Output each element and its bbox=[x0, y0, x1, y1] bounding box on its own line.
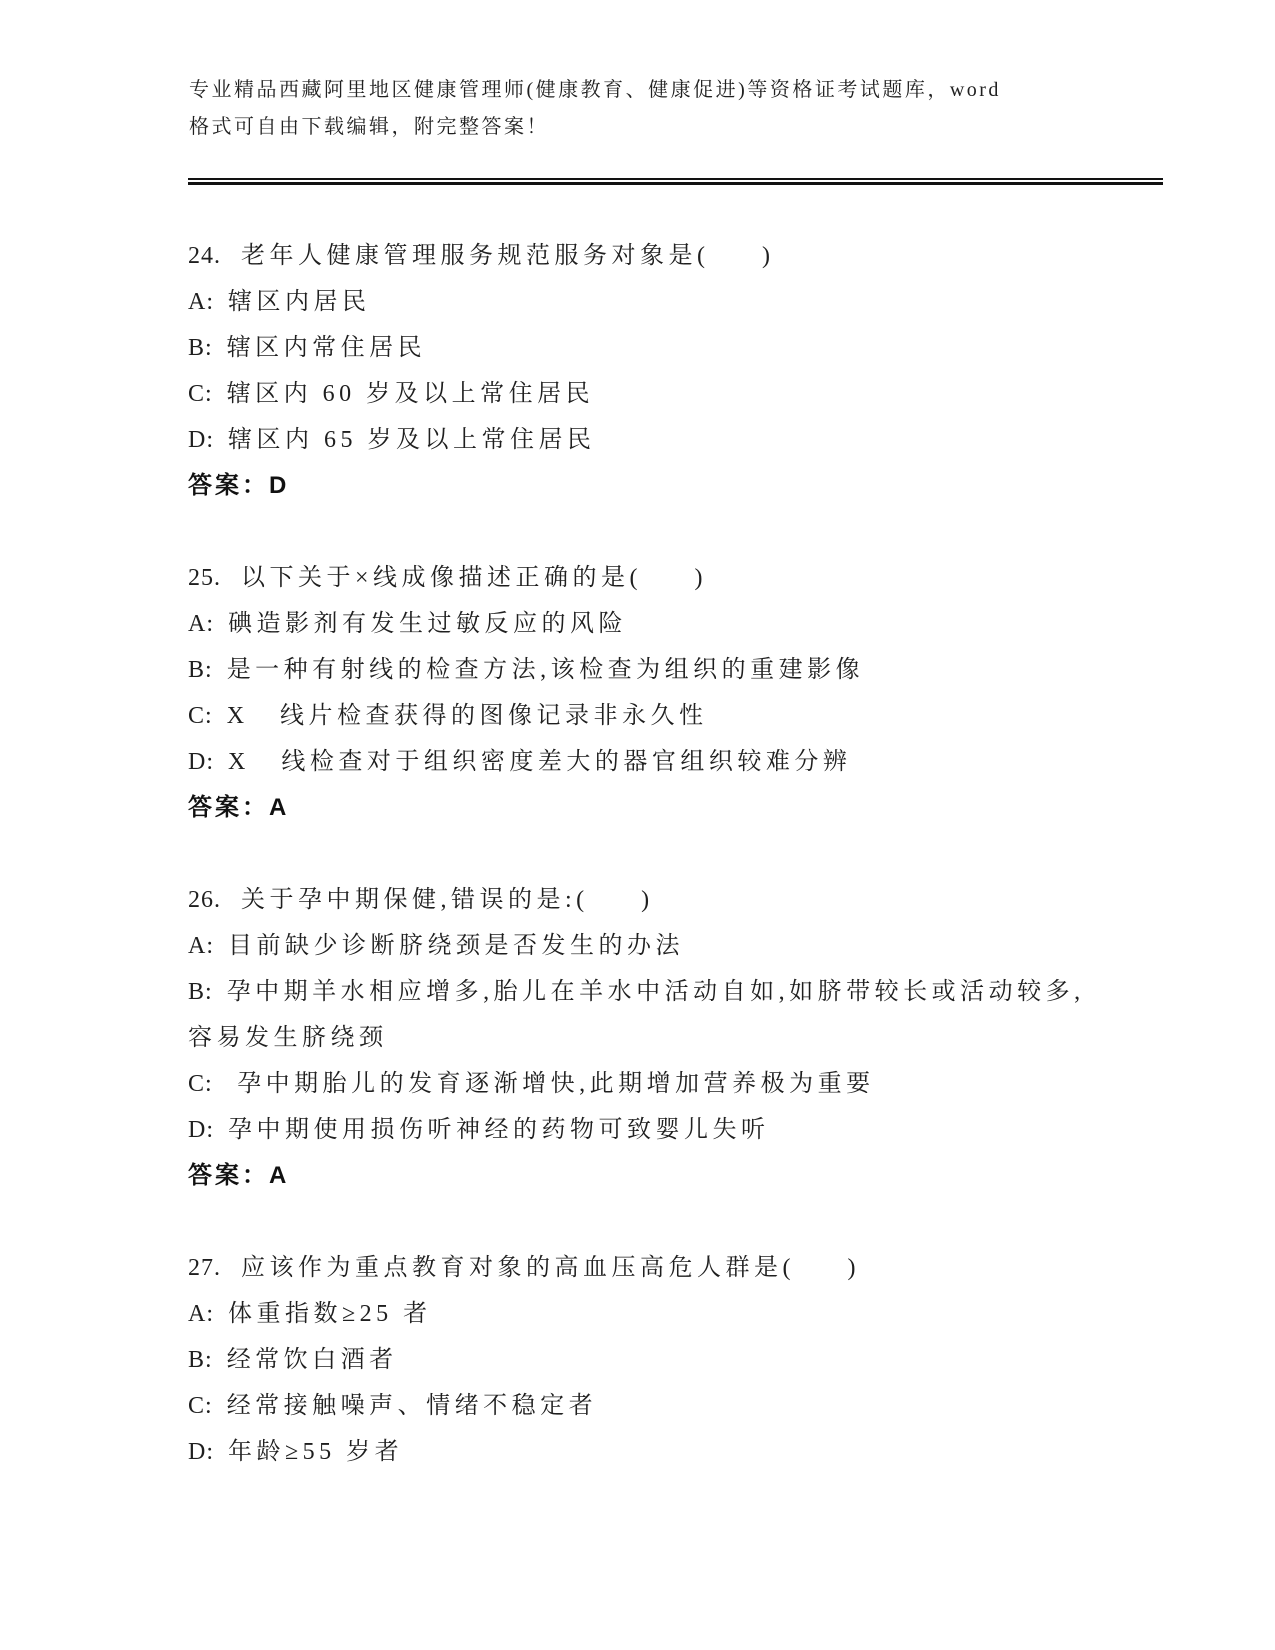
option-line-d: D:年龄≥55 岁者 bbox=[188, 1429, 1090, 1475]
option-label: B: bbox=[188, 969, 213, 1015]
option-label: D: bbox=[188, 739, 214, 785]
answer-label: 答案： bbox=[188, 1162, 269, 1189]
option-label: A: bbox=[188, 923, 214, 969]
question-number: 27. bbox=[188, 1245, 221, 1291]
option-label: D: bbox=[188, 1107, 214, 1153]
option-line-c: C: 孕中期胎儿的发育逐渐增快,此期增加营养极为重要 bbox=[188, 1061, 1090, 1107]
option-label: D: bbox=[188, 1429, 214, 1475]
divider-thin-line bbox=[188, 178, 1163, 180]
option-label: C: bbox=[188, 693, 213, 739]
option-line-b: B:辖区内常住居民 bbox=[188, 325, 1090, 371]
answer-line: 答案：A bbox=[188, 785, 1090, 831]
page-header: 专业精品西藏阿里地区健康管理师(健康教育、健康促进)等资格证考试题库，word … bbox=[189, 72, 1099, 146]
question-stem: 26.关于孕中期保健,错误的是:( ) bbox=[188, 877, 1090, 923]
option-line-c: C:辖区内 60 岁及以上常住居民 bbox=[188, 371, 1090, 417]
option-line-d: D:孕中期使用损伤听神经的药物可致婴儿失听 bbox=[188, 1107, 1090, 1153]
question-block-26: 26.关于孕中期保健,错误的是:( ) A:目前缺少诊断脐绕颈是否发生的办法 B… bbox=[188, 877, 1090, 1199]
option-label: A: bbox=[188, 279, 214, 325]
option-line-c: C:X 线片检查获得的图像记录非永久性 bbox=[188, 693, 1090, 739]
option-text: 体重指数≥25 者 bbox=[228, 1301, 432, 1327]
answer-value: A bbox=[269, 794, 289, 821]
option-text: 孕中期胎儿的发育逐渐增快,此期增加营养极为重要 bbox=[227, 1071, 875, 1097]
header-divider bbox=[188, 178, 1163, 185]
question-number: 24. bbox=[188, 233, 221, 279]
header-line-2: 格式可自由下载编辑，附完整答案！ bbox=[189, 109, 1099, 146]
option-text: 辖区内居民 bbox=[228, 289, 371, 315]
option-text: 年龄≥55 岁者 bbox=[228, 1439, 403, 1465]
option-text: 是一种有射线的检查方法,该检查为组织的重建影像 bbox=[227, 657, 865, 683]
option-text: 辖区内 60 岁及以上常住居民 bbox=[227, 381, 595, 407]
option-line-d: D:X 线检查对于组织密度差大的器官组织较难分辨 bbox=[188, 739, 1090, 785]
question-block-25: 25.以下关于×线成像描述正确的是( ) A:碘造影剂有发生过敏反应的风险 B:… bbox=[188, 555, 1090, 831]
question-stem: 25.以下关于×线成像描述正确的是( ) bbox=[188, 555, 1090, 601]
option-label: B: bbox=[188, 325, 213, 371]
option-line-a: A:辖区内居民 bbox=[188, 279, 1090, 325]
answer-line: 答案：D bbox=[188, 463, 1090, 509]
option-line-c: C:经常接触噪声、情绪不稳定者 bbox=[188, 1383, 1090, 1429]
answer-line: 答案：A bbox=[188, 1153, 1090, 1199]
option-label: A: bbox=[188, 1291, 214, 1337]
option-label: B: bbox=[188, 647, 213, 693]
option-label: C: bbox=[188, 1061, 213, 1107]
option-label: B: bbox=[188, 1337, 213, 1383]
header-line-1: 专业精品西藏阿里地区健康管理师(健康教育、健康促进)等资格证考试题库，word bbox=[189, 72, 1099, 109]
question-stem: 24.老年人健康管理服务规范服务对象是( ) bbox=[188, 233, 1090, 279]
option-text: 辖区内 65 岁及以上常住居民 bbox=[228, 427, 596, 453]
question-stem: 27.应该作为重点教育对象的高血压高危人群是( ) bbox=[188, 1245, 1090, 1291]
answer-label: 答案： bbox=[188, 794, 269, 821]
option-line-b: B:是一种有射线的检查方法,该检查为组织的重建影像 bbox=[188, 647, 1090, 693]
option-line-b: B:经常饮白酒者 bbox=[188, 1337, 1090, 1383]
question-block-27: 27.应该作为重点教育对象的高血压高危人群是( ) A:体重指数≥25 者 B:… bbox=[188, 1245, 1090, 1475]
option-line-a: A:体重指数≥25 者 bbox=[188, 1291, 1090, 1337]
option-line-a: A:碘造影剂有发生过敏反应的风险 bbox=[188, 601, 1090, 647]
questions-area: 24.老年人健康管理服务规范服务对象是( ) A:辖区内居民 B:辖区内常住居民… bbox=[188, 233, 1090, 1521]
answer-label: 答案： bbox=[188, 472, 269, 499]
option-text: 目前缺少诊断脐绕颈是否发生的办法 bbox=[228, 933, 684, 959]
option-text: 孕中期羊水相应增多,胎儿在羊水中活动自如,如脐带较长或活动较多,容易发生脐绕颈 bbox=[188, 979, 1085, 1051]
option-label: C: bbox=[188, 371, 213, 417]
question-number: 25. bbox=[188, 555, 221, 601]
option-text: X 线片检查获得的图像记录非永久性 bbox=[227, 703, 708, 729]
option-line-b: B:孕中期羊水相应增多,胎儿在羊水中活动自如,如脐带较长或活动较多,容易发生脐绕… bbox=[188, 969, 1090, 1061]
option-text: 经常接触噪声、情绪不稳定者 bbox=[227, 1393, 598, 1419]
option-line-a: A:目前缺少诊断脐绕颈是否发生的办法 bbox=[188, 923, 1090, 969]
option-text: 孕中期使用损伤听神经的药物可致婴儿失听 bbox=[228, 1117, 770, 1143]
question-number: 26. bbox=[188, 877, 221, 923]
option-text: X 线检查对于组织密度差大的器官组织较难分辨 bbox=[228, 749, 851, 775]
option-label: A: bbox=[188, 601, 214, 647]
answer-value: A bbox=[269, 1162, 289, 1189]
option-line-d: D:辖区内 65 岁及以上常住居民 bbox=[188, 417, 1090, 463]
option-label: D: bbox=[188, 417, 214, 463]
option-text: 经常饮白酒者 bbox=[227, 1347, 398, 1373]
option-label: C: bbox=[188, 1383, 213, 1429]
answer-value: D bbox=[269, 472, 289, 499]
question-block-24: 24.老年人健康管理服务规范服务对象是( ) A:辖区内居民 B:辖区内常住居民… bbox=[188, 233, 1090, 509]
option-text: 辖区内常住居民 bbox=[227, 335, 427, 361]
divider-thick-line bbox=[188, 182, 1163, 185]
document-page: 专业精品西藏阿里地区健康管理师(健康教育、健康促进)等资格证考试题库，word … bbox=[0, 0, 1275, 1650]
option-text: 碘造影剂有发生过敏反应的风险 bbox=[228, 611, 627, 637]
